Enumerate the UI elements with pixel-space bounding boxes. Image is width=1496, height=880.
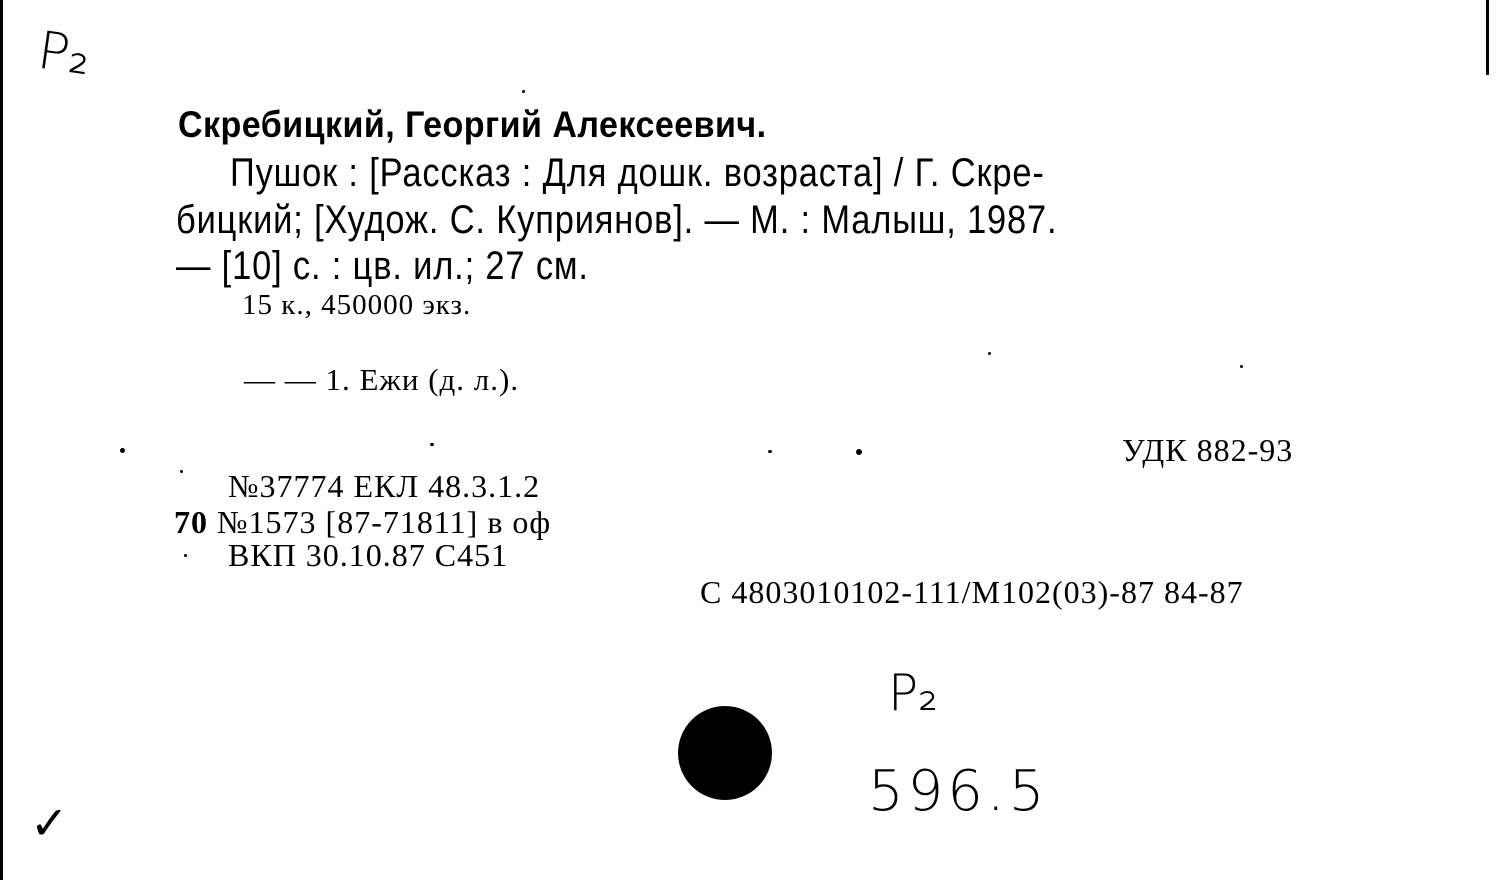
- card-right-edge: [1486, 0, 1489, 75]
- accession-text-1: №37774 ЕКЛ 48.3.1.2: [228, 468, 540, 504]
- scan-speck: [1240, 365, 1243, 368]
- scan-speck: [988, 352, 991, 355]
- accession-line-2: 70 №1573 [87-71811] в оф: [174, 506, 551, 538]
- accession-text-3: ВКП 30.10.87 С451: [228, 537, 508, 573]
- scan-speck: [430, 443, 434, 446]
- punch-hole: [678, 706, 772, 800]
- handwritten-shelf-mark-bottom: Р₂: [888, 668, 938, 718]
- description-line-1: Пушок : [Рассказ : Для дошк. возраста] /…: [230, 153, 1045, 193]
- scan-speck: [120, 448, 125, 453]
- accession-prefix: 70: [174, 504, 208, 540]
- accession-text-2: №1573 [87-71811] в оф: [217, 504, 551, 540]
- check-mark-icon: ✓: [30, 800, 69, 846]
- classification-code: С 4803010102-111/М102(03)-87 84-87: [700, 576, 1244, 608]
- subject-entry: — — 1. Ежи (д. л.).: [244, 364, 519, 395]
- scan-speck: [184, 554, 187, 557]
- description-line-3: — [10] с. : цв. ил.; 27 см.: [176, 246, 589, 286]
- accession-line-3: ВКП 30.10.87 С451: [228, 539, 508, 571]
- scan-speck: [180, 470, 183, 473]
- scan-speck: [768, 450, 772, 453]
- scan-speck: [856, 449, 862, 455]
- card-left-edge: [0, 0, 3, 880]
- description-line-2: бицкий; [Худож. С. Куприянов]. — М. : Ма…: [176, 200, 1057, 240]
- handwritten-shelf-mark-top: Р₂: [35, 25, 94, 84]
- author-heading: Скребицкий, Георгий Алексеевич.: [178, 106, 767, 143]
- price-print-run: 15 к., 450000 экз.: [242, 291, 471, 320]
- udk-classification: УДК 882-93: [1122, 434, 1293, 466]
- accession-line-1: №37774 ЕКЛ 48.3.1.2: [228, 470, 540, 502]
- catalog-card: Р₂ Скребицкий, Георгий Алексеевич. Пушок…: [0, 0, 1496, 880]
- handwritten-call-number: 596.5: [868, 764, 1048, 820]
- scan-speck: [522, 90, 525, 93]
